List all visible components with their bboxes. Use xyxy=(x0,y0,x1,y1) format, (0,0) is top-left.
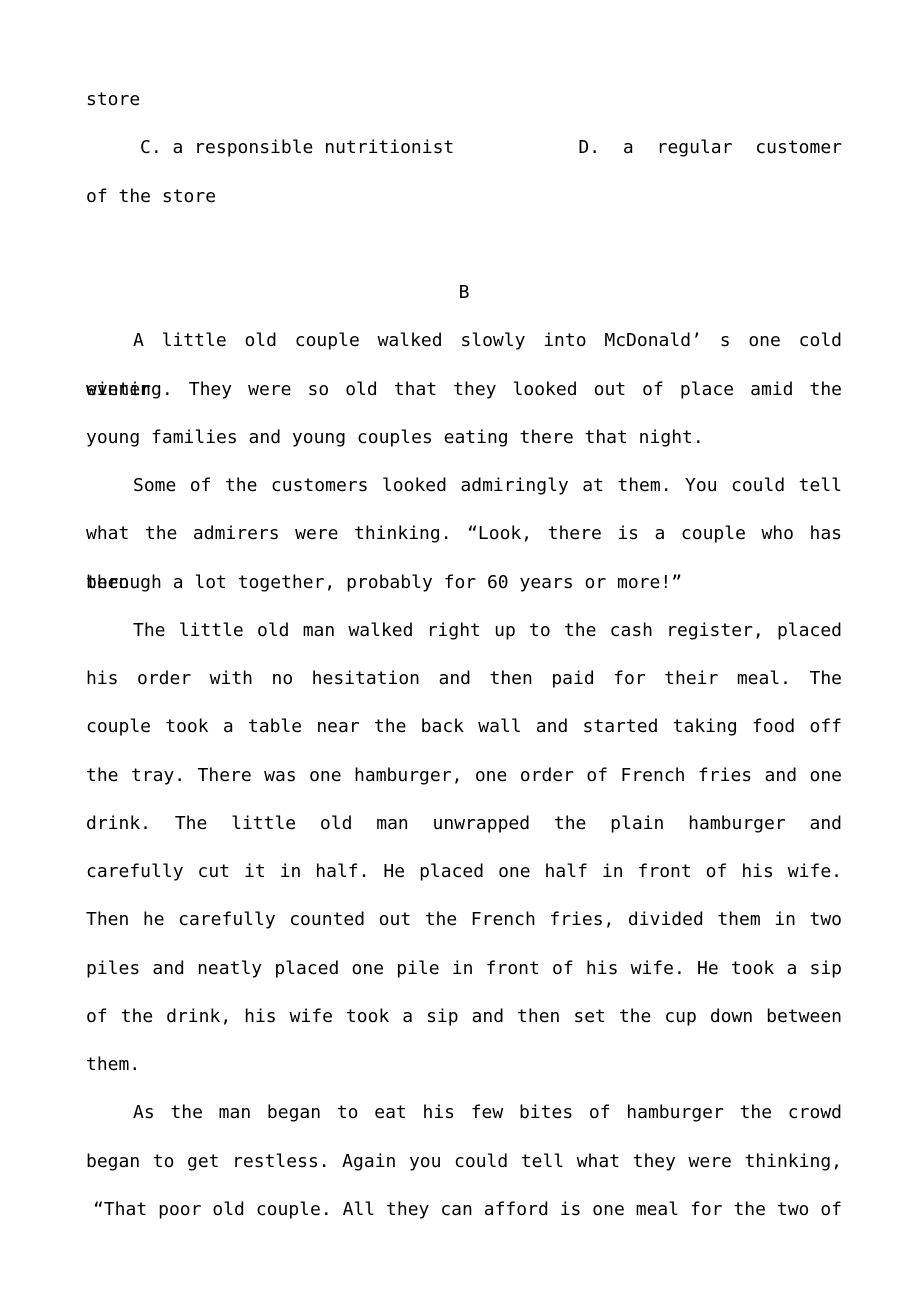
passage-line: The little old man walked right up to th… xyxy=(86,607,842,655)
passage-line: began to get restless. Again you could t… xyxy=(86,1138,842,1186)
passage-line: evening. They were so old that they look… xyxy=(86,366,842,414)
passage-line: carefully cut it in half. He placed one … xyxy=(86,848,842,896)
document-page: storeC. a responsible nutritionistD. a r… xyxy=(0,0,920,1302)
passage-line: A little old couple walked slowly into M… xyxy=(86,317,842,365)
passage-line: Then he carefully counted out the French… xyxy=(86,896,842,944)
passage-line: the tray. There was one hamburger, one o… xyxy=(86,752,842,800)
passage-line: of the store xyxy=(86,173,842,221)
passage-line: store xyxy=(86,76,842,124)
passage-line: them. xyxy=(86,1041,842,1089)
passage-line: piles and neatly placed one pile in fron… xyxy=(86,945,842,993)
passage-line: young families and young couples eating … xyxy=(86,414,842,462)
option-d: D. a regular customer xyxy=(578,124,842,172)
passage-line: “That poor old couple. All they can affo… xyxy=(86,1186,842,1234)
option-c: C. a responsible nutritionist xyxy=(140,124,454,172)
answer-options-row: C. a responsible nutritionistD. a regula… xyxy=(86,124,842,172)
passage-line: through a lot together, probably for 60 … xyxy=(86,559,842,607)
passage-line: drink. The little old man unwrapped the … xyxy=(86,800,842,848)
passage-line: As the man began to eat his few bites of… xyxy=(86,1089,842,1137)
passage-line: Some of the customers looked admiringly … xyxy=(86,462,842,510)
passage-line: of the drink, his wife took a sip and th… xyxy=(86,993,842,1041)
section-label: B xyxy=(86,269,842,317)
passage-line: couple took a table near the back wall a… xyxy=(86,703,842,751)
passage-text: storeC. a responsible nutritionistD. a r… xyxy=(86,76,842,1234)
blank-line xyxy=(86,221,842,269)
passage-line: his order with no hesitation and then pa… xyxy=(86,655,842,703)
passage-line: what the admirers were thinking. “Look, … xyxy=(86,510,842,558)
